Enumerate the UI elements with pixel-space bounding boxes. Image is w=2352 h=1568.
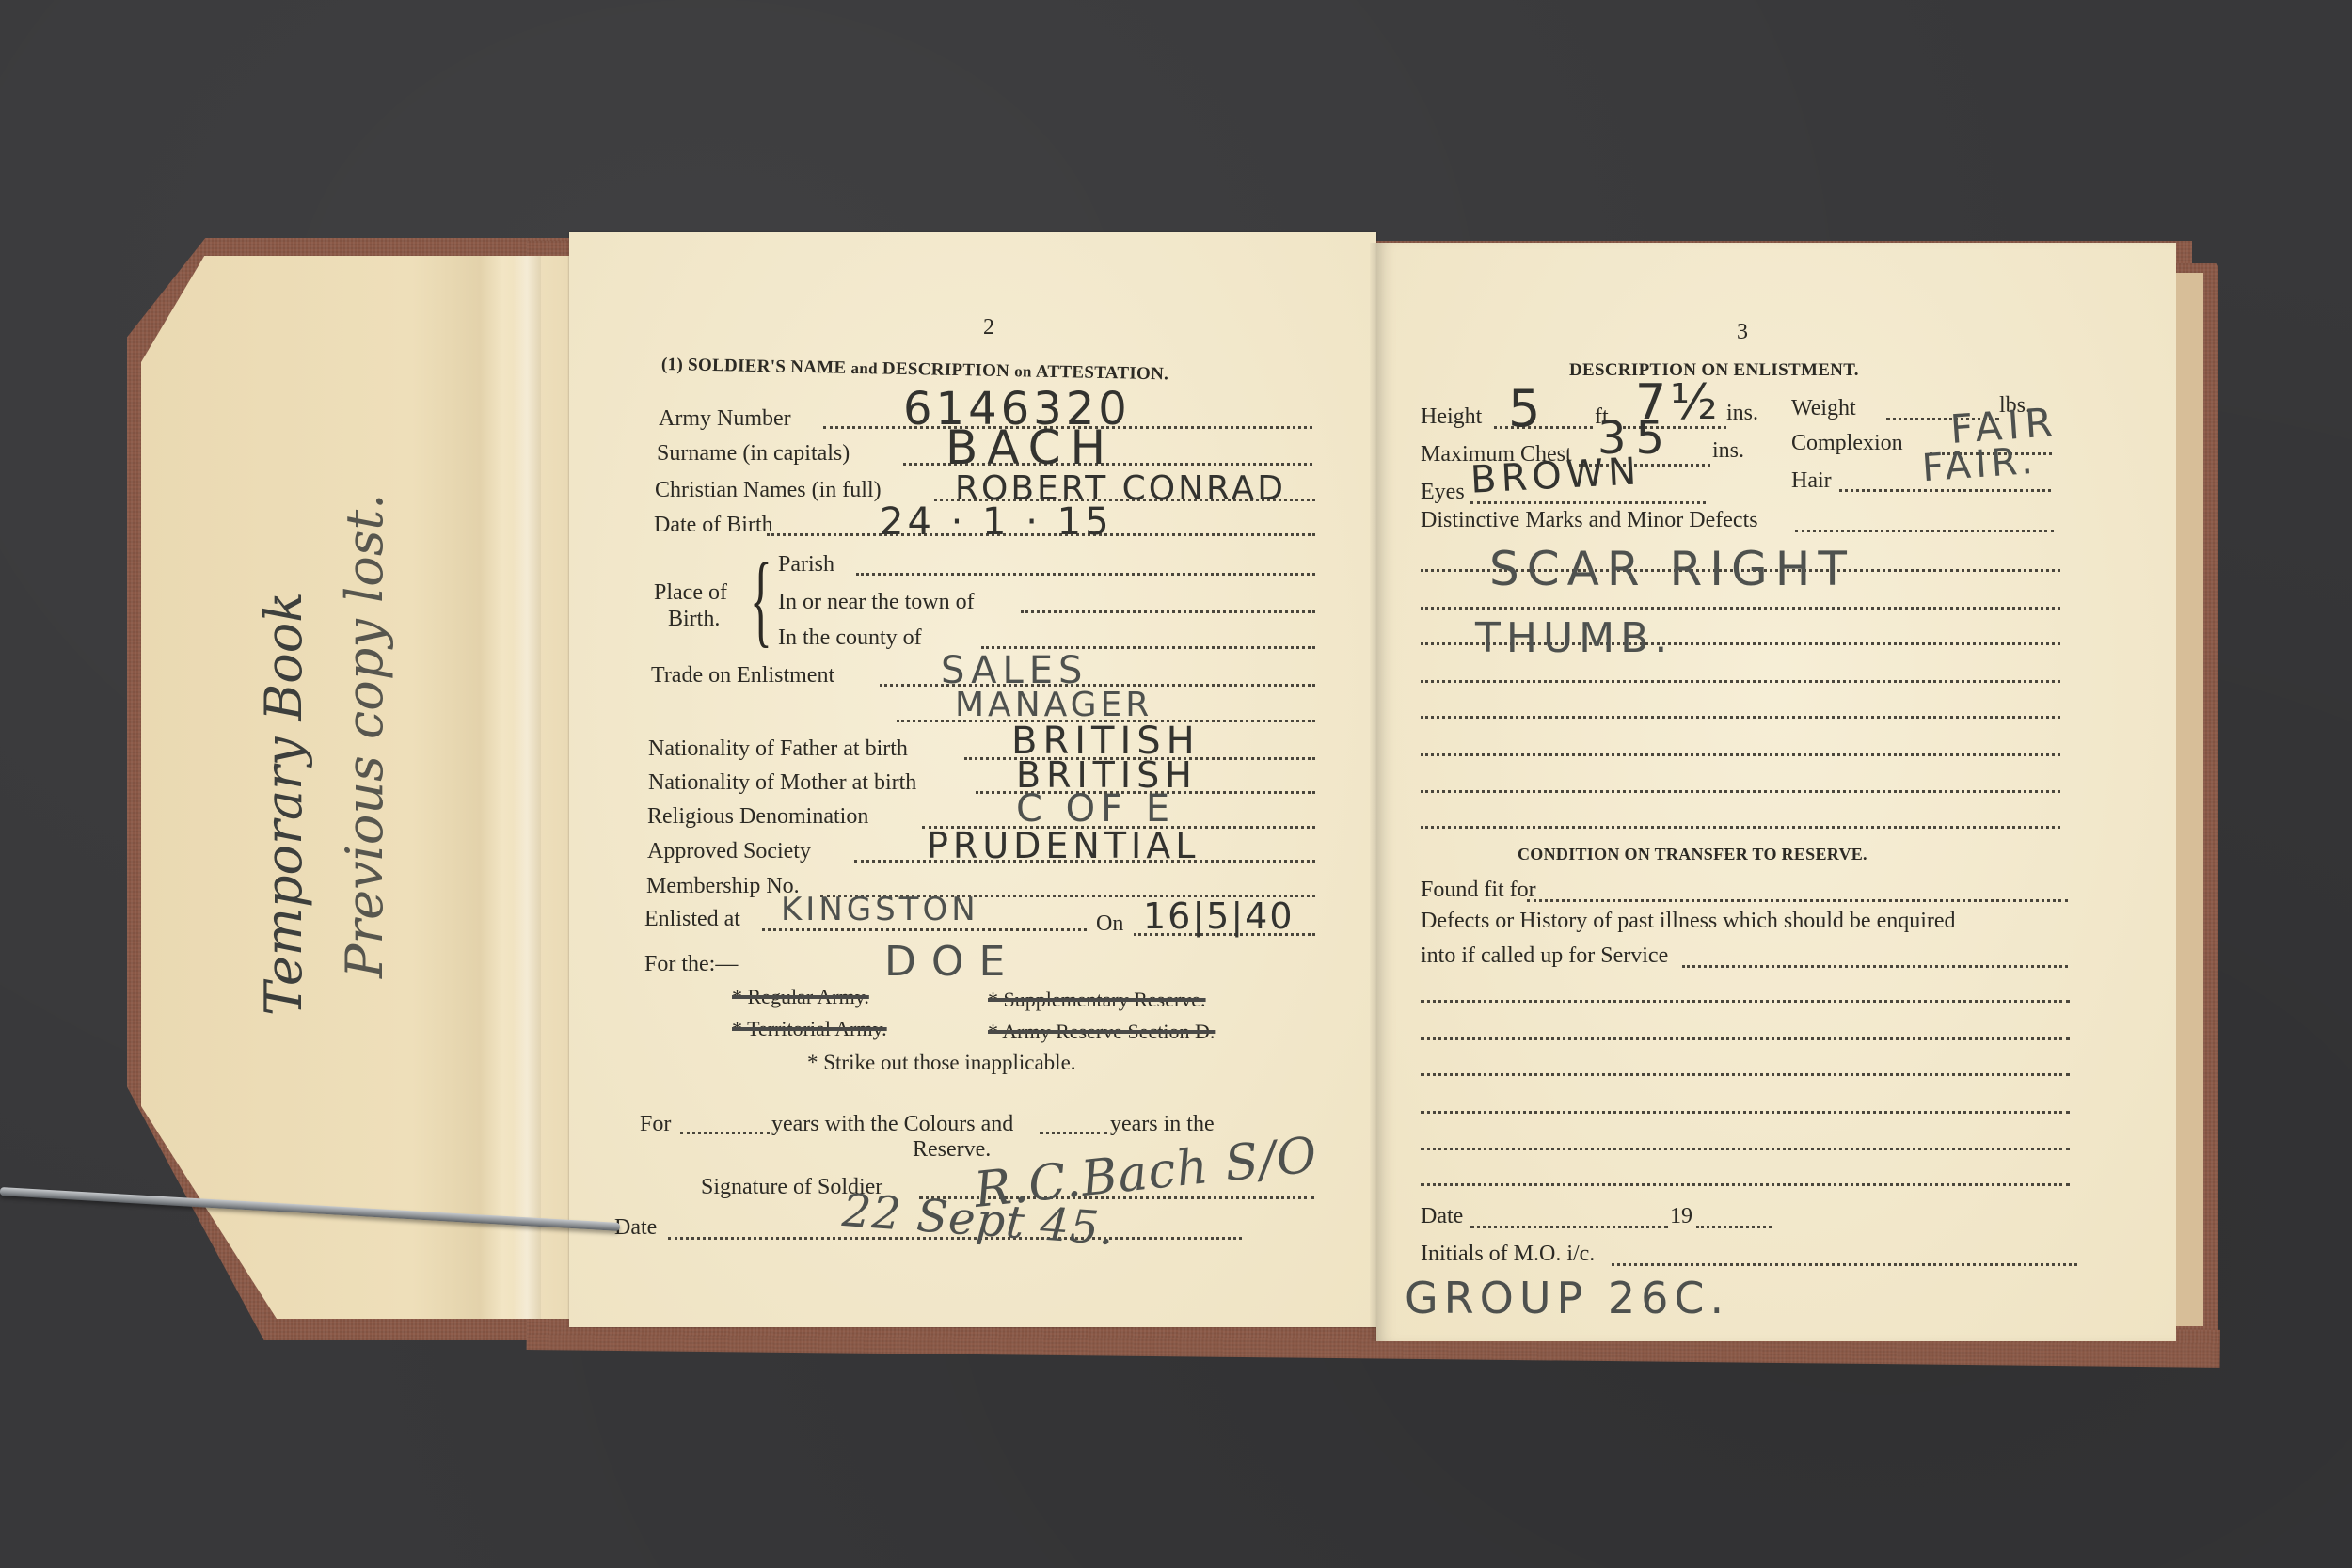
- for-the-value: DOE: [884, 938, 1020, 986]
- page-number: 2: [983, 315, 994, 341]
- enlisted-on-label: On: [1096, 911, 1123, 937]
- approved-society-value: PRUDENTIAL: [927, 825, 1200, 866]
- mo-date-label: Date: [1421, 1204, 1463, 1229]
- attestation-heading: (1) SOLDIER'S NAME and DESCRIPTION on AT…: [661, 355, 1169, 385]
- town-label: In or near the town of: [778, 590, 975, 615]
- eyes-label: Eyes: [1421, 480, 1465, 505]
- eyes-value: BROWN: [1470, 450, 1642, 501]
- option-territorial-army: * Territorial Army.: [732, 1017, 887, 1041]
- chest-unit: ins.: [1712, 438, 1744, 464]
- defects-line-6: [1421, 1183, 2070, 1186]
- flap-note-line1: Temporary Book: [244, 301, 325, 1016]
- found-fit-line: [1527, 899, 2068, 902]
- heading-part2: DESCRIPTION: [882, 359, 1010, 382]
- defects-line-2: [1421, 1037, 2070, 1040]
- height-label: Height: [1421, 404, 1482, 430]
- mo-initials-label: Initials of M.O. i/c.: [1421, 1242, 1595, 1267]
- found-fit-label: Found fit for: [1421, 878, 1536, 903]
- years-colours-line: [680, 1132, 770, 1134]
- option-regular-army: * Regular Army.: [732, 985, 869, 1009]
- group-note: GROUP 26C.: [1405, 1273, 1729, 1323]
- distinctive-marks-value-1: SCAR RIGHT: [1489, 542, 1854, 596]
- date-of-birth-label: Date of Birth: [654, 513, 773, 538]
- hair-value: FAIR.: [1921, 439, 2039, 490]
- parish-line: [856, 573, 1315, 576]
- page-number: 3: [1737, 320, 1748, 345]
- defects-line: [1682, 965, 2068, 968]
- brace-icon: {: [750, 547, 772, 651]
- surname-value: BACH: [946, 420, 1115, 475]
- marks-line-2: [1421, 607, 2060, 610]
- defects-line-3: [1421, 1073, 2070, 1076]
- eyes-line: [1470, 501, 1706, 504]
- nationality-father-label: Nationality of Father at birth: [648, 736, 908, 762]
- nationality-mother-label: Nationality of Mother at birth: [648, 770, 916, 796]
- defects-label-1: Defects or History of past illness which…: [1421, 909, 1956, 934]
- flap-note-line2: Previous copy lost.: [325, 301, 405, 1016]
- years-reserve-label-2: Reserve.: [913, 1137, 991, 1163]
- distinctive-marks-line: [1795, 530, 2054, 532]
- weight-label: Weight: [1791, 396, 1856, 421]
- heading-part3: ATTESTATION.: [1036, 362, 1169, 385]
- option-army-reserve-d: * Army Reserve Section D.: [988, 1020, 1215, 1044]
- hair-label: Hair: [1791, 468, 1832, 494]
- date-of-birth-value: 24 · 1 · 15: [880, 500, 1113, 544]
- date-label: Date: [614, 1215, 657, 1241]
- surname-label: Surname (in capitals): [657, 441, 850, 467]
- town-line: [1021, 610, 1315, 613]
- religion-label: Religious Denomination: [647, 804, 868, 830]
- mo-date-year-prefix: 19: [1670, 1204, 1692, 1229]
- enlisted-at-value: KINGSTON: [781, 891, 979, 928]
- years-reserve-label: years in the: [1110, 1112, 1215, 1137]
- endpaper-fold: [513, 256, 541, 1319]
- county-label: In the county of: [778, 626, 922, 651]
- christian-names-label: Christian Names (in full): [655, 478, 882, 503]
- complexion-label: Complexion: [1791, 431, 1903, 456]
- mo-date-year-line: [1696, 1226, 1772, 1228]
- heading-and: and: [850, 359, 878, 378]
- height-feet-value: 5: [1508, 379, 1544, 438]
- reserve-heading: CONDITION ON TRANSFER TO RESERVE.: [1518, 845, 1867, 864]
- enlisted-on-value: 16|5|40: [1143, 895, 1295, 937]
- enlisted-at-label: Enlisted at: [644, 907, 740, 932]
- enlisted-at-line: [762, 928, 1087, 931]
- mo-initials-line: [1612, 1263, 2077, 1266]
- heading-on: on: [1014, 362, 1032, 380]
- defects-line-1: [1421, 1000, 2070, 1003]
- membership-label: Membership No.: [646, 874, 800, 899]
- heading-part1: SOLDIER'S NAME: [688, 356, 847, 378]
- height-ins-label: ins.: [1726, 401, 1758, 426]
- marks-line-8: [1421, 826, 2060, 829]
- heading-number: (1): [661, 355, 683, 374]
- army-number-label: Army Number: [659, 406, 791, 432]
- mo-date-line: [1470, 1226, 1668, 1228]
- marks-line-6: [1421, 753, 2060, 756]
- for-the-label: For the:—: [644, 952, 738, 977]
- defects-label-2: into if called up for Service: [1421, 943, 1668, 969]
- distinctive-marks-value-2: THUMB.: [1475, 614, 1673, 662]
- years-reserve-line: [1040, 1132, 1107, 1134]
- years-colours-label: years with the Colours and: [771, 1112, 1013, 1137]
- place-of-birth-label-2: Birth.: [668, 607, 720, 632]
- strike-note: * Strike out those inapplicable.: [807, 1051, 1076, 1075]
- trade-label: Trade on Enlistment: [651, 663, 834, 689]
- hair-line: [1839, 489, 2051, 492]
- parish-label: Parish: [778, 552, 834, 578]
- distinctive-marks-label: Distinctive Marks and Minor Defects: [1421, 508, 1758, 533]
- marks-line-5: [1421, 716, 2060, 719]
- flap-handwritten-note: Temporary Book Previous copy lost.: [244, 301, 405, 1016]
- defects-line-4: [1421, 1111, 2070, 1114]
- approved-society-label: Approved Society: [647, 839, 811, 864]
- page-3: 3 DESCRIPTION ON ENLISTMENT. Height 5 ft…: [1376, 243, 2176, 1341]
- defects-line-5: [1421, 1148, 2070, 1150]
- marks-line-4: [1421, 680, 2060, 683]
- place-of-birth-label-1: Place of: [654, 580, 727, 606]
- years-for-label: For: [640, 1112, 671, 1137]
- marks-line-7: [1421, 790, 2060, 793]
- option-supplementary-reserve: * Supplementary Reserve.: [988, 988, 1206, 1012]
- trade-value-2: MANAGER: [955, 686, 1152, 724]
- page-2: 2 (1) SOLDIER'S NAME and DESCRIPTION on …: [569, 232, 1376, 1327]
